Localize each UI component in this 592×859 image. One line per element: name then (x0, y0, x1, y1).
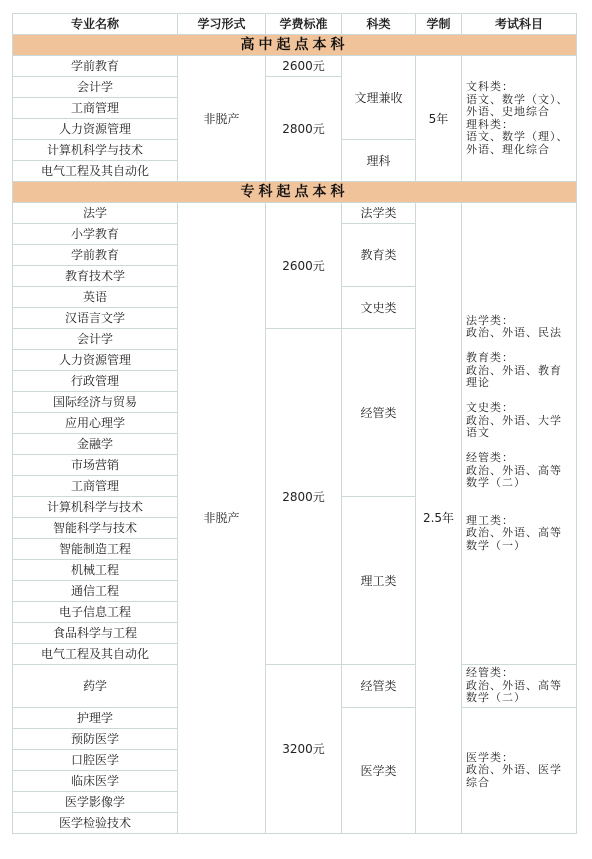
major-cell: 计算机科学与技术 (13, 497, 178, 518)
fee-cell: 2800元 (266, 329, 342, 665)
exam-cell: 文科类： 语文、数学（文）、外语、史地综合 理科类： 语文、数学（理）、外语、理… (462, 56, 577, 182)
major-cell: 小学教育 (13, 224, 178, 245)
major-cell: 学前教育 (13, 56, 178, 77)
category-cell: 文理兼收 (342, 56, 416, 140)
major-cell: 电气工程及其自动化 (13, 161, 178, 182)
exam-cell: 经管类： 政治、外语、高等数学（二） (462, 665, 577, 708)
major-cell: 汉语言文学 (13, 308, 178, 329)
section-title: 高中起点本科 (13, 35, 577, 56)
major-cell: 医学检验技术 (13, 813, 178, 834)
header-duration: 学制 (416, 14, 462, 35)
major-cell: 计算机科学与技术 (13, 140, 178, 161)
category-cell: 教育类 (342, 224, 416, 287)
header-fee: 学费标准 (266, 14, 342, 35)
major-cell: 人力资源管理 (13, 350, 178, 371)
major-cell: 工商管理 (13, 476, 178, 497)
major-cell: 护理学 (13, 708, 178, 729)
exam-cell: 法学类： 政治、外语、民法 教育类： 政治、外语、教育理论 文史类： 政治、外语… (462, 203, 577, 665)
major-cell: 国际经济与贸易 (13, 392, 178, 413)
study-mode-cell: 非脱产 (178, 203, 266, 834)
tuition-table: 专业名称 学习形式 学费标准 科类 学制 考试科目 高中起点本科 学前教育 非脱… (12, 13, 577, 834)
major-cell: 智能科学与技术 (13, 518, 178, 539)
fee-cell: 3200元 (266, 665, 342, 834)
major-cell: 会计学 (13, 77, 178, 98)
category-cell: 经管类 (342, 665, 416, 708)
major-cell: 通信工程 (13, 581, 178, 602)
major-cell: 会计学 (13, 329, 178, 350)
major-cell: 智能制造工程 (13, 539, 178, 560)
study-mode-cell: 非脱产 (178, 56, 266, 182)
duration-cell: 5年 (416, 56, 462, 182)
major-cell: 市场营销 (13, 455, 178, 476)
major-cell: 工商管理 (13, 98, 178, 119)
table-row: 药学 3200元 经管类 经管类： 政治、外语、高等数学（二） (13, 665, 577, 708)
major-cell: 教育技术学 (13, 266, 178, 287)
major-cell: 口腔医学 (13, 750, 178, 771)
category-cell: 理科 (342, 140, 416, 182)
major-cell: 英语 (13, 287, 178, 308)
section-header-2: 专科起点本科 (13, 182, 577, 203)
section-header-1: 高中起点本科 (13, 35, 577, 56)
category-cell: 医学类 (342, 708, 416, 834)
table-row: 学前教育 非脱产 2600元 文理兼收 5年 文科类： 语文、数学（文）、外语、… (13, 56, 577, 77)
header-study-mode: 学习形式 (178, 14, 266, 35)
major-cell: 食品科学与工程 (13, 623, 178, 644)
category-cell: 理工类 (342, 497, 416, 665)
major-cell: 临床医学 (13, 771, 178, 792)
fee-cell: 2600元 (266, 203, 342, 329)
section-title: 专科起点本科 (13, 182, 577, 203)
major-cell: 行政管理 (13, 371, 178, 392)
major-cell: 金融学 (13, 434, 178, 455)
fee-cell: 2600元 (266, 56, 342, 77)
duration-cell: 2.5年 (416, 203, 462, 834)
fee-cell: 2800元 (266, 77, 342, 182)
major-cell: 学前教育 (13, 245, 178, 266)
header-category: 科类 (342, 14, 416, 35)
table-row: 法学 非脱产 2600元 法学类 2.5年 法学类： 政治、外语、民法 教育类：… (13, 203, 577, 224)
header-major: 专业名称 (13, 14, 178, 35)
header-row: 专业名称 学习形式 学费标准 科类 学制 考试科目 (13, 14, 577, 35)
major-cell: 人力资源管理 (13, 119, 178, 140)
header-exam: 考试科目 (462, 14, 577, 35)
major-cell: 预防医学 (13, 729, 178, 750)
major-cell: 医学影像学 (13, 792, 178, 813)
major-cell: 法学 (13, 203, 178, 224)
major-cell: 电子信息工程 (13, 602, 178, 623)
exam-cell: 医学类： 政治、外语、医学综合 (462, 708, 577, 834)
category-cell: 法学类 (342, 203, 416, 224)
major-cell: 应用心理学 (13, 413, 178, 434)
major-cell: 电气工程及其自动化 (13, 644, 178, 665)
category-cell: 文史类 (342, 287, 416, 329)
major-cell: 机械工程 (13, 560, 178, 581)
category-cell: 经管类 (342, 329, 416, 497)
major-cell: 药学 (13, 665, 178, 708)
